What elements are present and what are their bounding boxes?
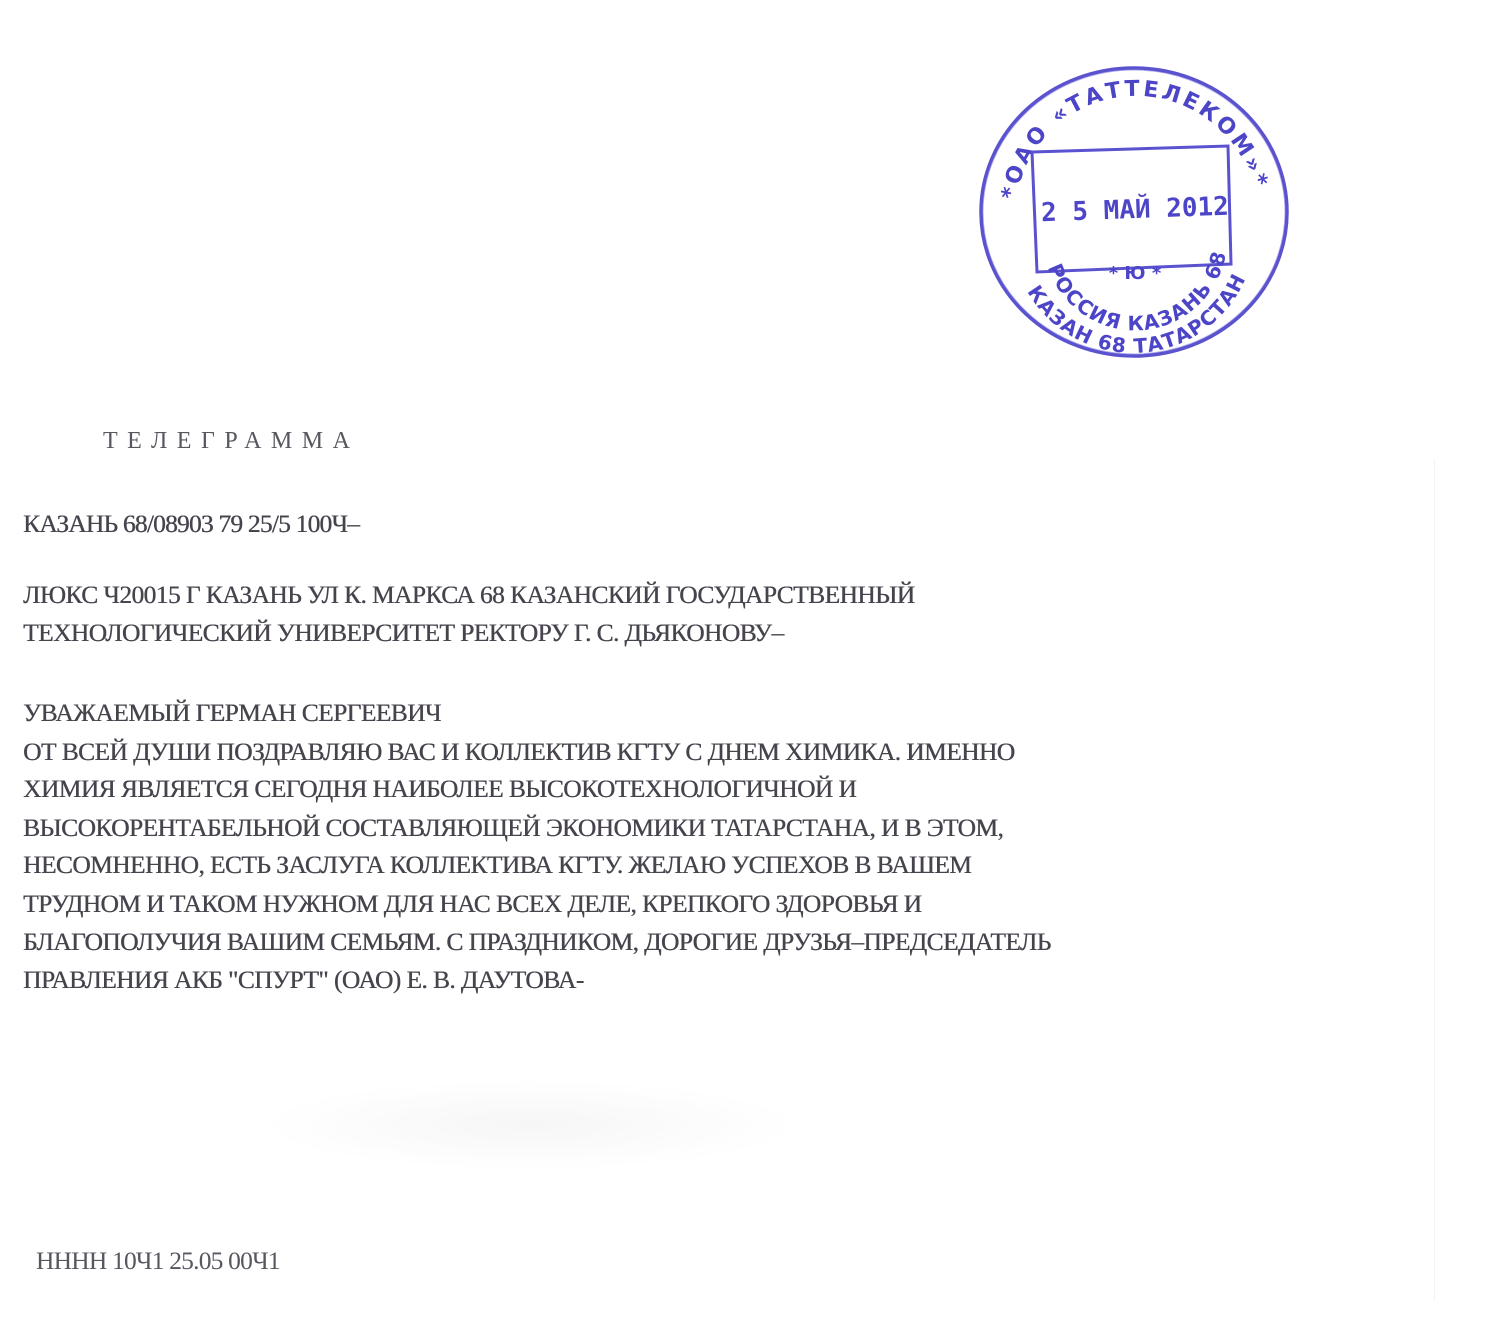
address-line: ЛЮКС Ч20015 Г КАЗАНЬ УЛ К. МАРКСА 68 КАЗ… bbox=[23, 580, 915, 610]
scan-smudge bbox=[260, 1080, 800, 1170]
body-line: ОТ ВСЕЙ ДУШИ ПОЗДРАВЛЯЮ ВАС И КОЛЛЕКТИВ … bbox=[23, 737, 1015, 767]
telegram-document: *ОАО «ТАТТЕЛЕКОМ»* 2 5 МАЙ 2012 * Ю * РО… bbox=[0, 0, 1499, 1344]
stamp-center-mark: * Ю * bbox=[1109, 263, 1162, 284]
postal-stamp: *ОАО «ТАТТЕЛЕКОМ»* 2 5 МАЙ 2012 * Ю * РО… bbox=[975, 62, 1293, 362]
body-line: ТРУДНОМ И ТАКОМ НУЖНОМ ДЛЯ НАС ВСЕХ ДЕЛЕ… bbox=[23, 889, 921, 919]
service-footer-line: НННН 10Ч1 25.05 00Ч1 bbox=[36, 1246, 280, 1276]
body-line: ВЫСОКОРЕНТАБЕЛЬНОЙ СОСТАВЛЯЮЩЕЙ ЭКОНОМИК… bbox=[23, 813, 1003, 843]
scan-edge-artifact bbox=[1434, 460, 1435, 1300]
address-line: ТЕХНОЛОГИЧЕСКИЙ УНИВЕРСИТЕТ РЕКТОРУ Г. С… bbox=[23, 618, 783, 648]
body-line: БЛАГОПОЛУЧИЯ ВАШИМ СЕМЬЯМ. С ПРАЗДНИКОМ,… bbox=[23, 927, 1051, 957]
body-line: ХИМИЯ ЯВЛЯЕТСЯ СЕГОДНЯ НАИБОЛЕЕ ВЫСОКОТЕ… bbox=[23, 774, 856, 804]
telegram-title: ТЕЛЕГРАММА bbox=[103, 428, 359, 455]
stamp-date: 2 5 МАЙ 2012 bbox=[1040, 190, 1229, 229]
body-line: НЕСОМНЕННО, ЕСТЬ ЗАСЛУГА КОЛЛЕКТИВА КГТУ… bbox=[23, 850, 971, 880]
stamp-outer-top-text: *ОАО «ТАТТЕЛЕКОМ»* bbox=[997, 77, 1272, 202]
service-header-line: КАЗАНЬ 68/08903 79 25/5 100Ч– bbox=[23, 509, 359, 539]
salutation: УВАЖАЕМЫЙ ГЕРМАН СЕРГЕЕВИЧ bbox=[23, 698, 441, 728]
body-line: ПРАВЛЕНИЯ АКБ "СПУРТ" (ОАО) Е. В. ДАУТОВ… bbox=[23, 965, 584, 995]
